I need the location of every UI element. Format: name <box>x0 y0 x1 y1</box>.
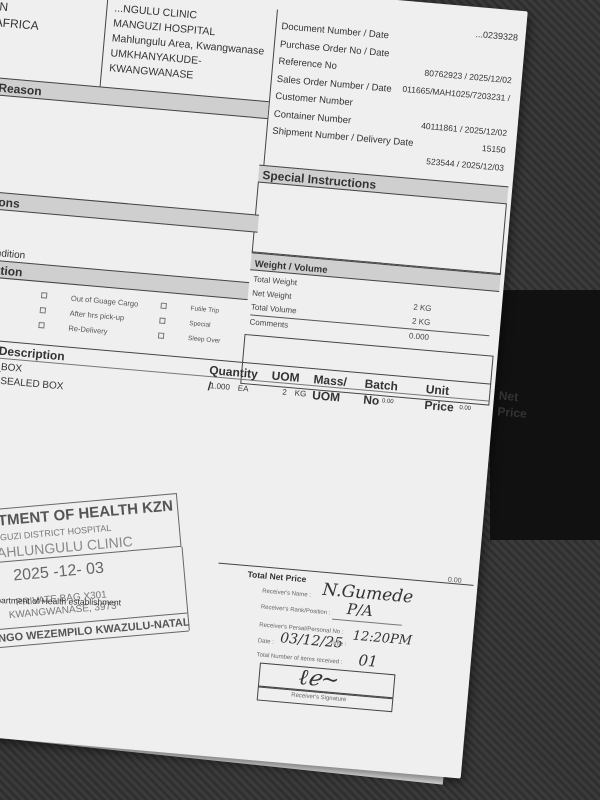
signature-scribble: ℓℯ~ <box>298 664 341 693</box>
delivery-document: IN AFRICA ...NGULU CLINIC MANGUZI HOSPIT… <box>0 0 528 778</box>
unit-price: 0.00 <box>381 394 394 409</box>
receiver-name-label: Receiver's Name : <box>262 588 311 598</box>
checkbox[interactable] <box>40 307 47 314</box>
total-net-price-value: 0.00 <box>448 577 462 585</box>
transport-condition-label: ...port Condition <box>0 244 26 261</box>
stamp-date: 2025 -12- 03 <box>13 560 105 586</box>
country-fragment: AFRICA <box>0 15 39 33</box>
conditions-header: ...nditions <box>0 189 259 233</box>
time-value: 12:20PM <box>352 629 413 649</box>
department-stamp: DEPARTMENT OF HEALTH KZN MANGUZI DISTRIC… <box>0 492 198 683</box>
country-fragment-top: IN <box>0 0 9 14</box>
checkbox[interactable] <box>159 318 166 325</box>
ship-to-address: ...NGULU CLINIC MANGUZI HOSPITAL Mahlung… <box>109 1 268 89</box>
date-label: Date : <box>258 638 274 645</box>
mass-uom: KG <box>294 387 307 402</box>
document-number: ...0239328 <box>475 29 518 43</box>
checkbox[interactable] <box>158 332 165 339</box>
checkbox[interactable] <box>38 322 45 329</box>
divider <box>99 0 109 94</box>
items-received-value: 01 <box>358 651 379 671</box>
rank-value: P/A <box>346 600 373 620</box>
checkbox[interactable] <box>41 292 48 299</box>
quantity: 1.000 <box>209 379 230 395</box>
net-price: 0.00 <box>459 401 472 416</box>
uom: EA <box>237 382 249 397</box>
rank-label: Receiver's Rank/Position : <box>261 604 331 616</box>
total-net-price-label: Total Net Price <box>247 569 307 584</box>
doc-field-values: 80762923 / 2025/12/02 011665/MAH1025/720… <box>396 63 513 177</box>
mass: 2 <box>282 386 288 400</box>
checkbox[interactable] <box>160 303 167 310</box>
